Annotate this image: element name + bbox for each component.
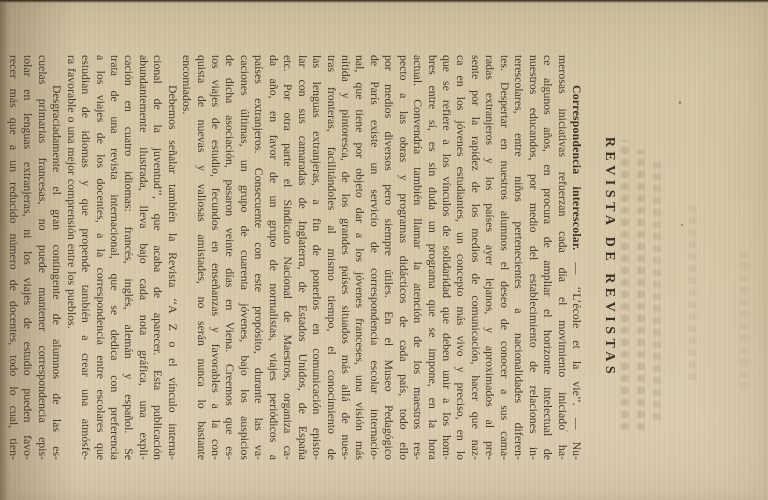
text-line: nítida y pintoresca, de los grandes país… [339, 55, 353, 460]
page-content: REVISTA DE REVISTAS Correspondencia inte… [7, 0, 619, 500]
text-line: tras fronteras, facilitándoles al mismo … [324, 55, 338, 460]
bold-lead-phrase: Correspondencia interescolar. [570, 85, 584, 250]
gutter-shadow [0, 0, 768, 3]
show-through-ghost [621, 140, 629, 430]
text-line: nal, que tiene por objeto dar a los jóve… [353, 55, 367, 460]
text-line: tos viajes de estudio, fecundos en enseñ… [209, 55, 223, 460]
text-line: abundantemente ilustrada, lleva bajo cad… [136, 55, 150, 460]
text-line: de París existe un servicio de correspon… [367, 55, 381, 460]
text-line: estudian de idiomas y que propende tambi… [79, 55, 93, 460]
text-line: merosas iniciativas refuerzan cada día e… [555, 55, 569, 460]
text-line: nuestros educandos, por medio del establ… [526, 55, 540, 460]
text-line: radas extranjeros y los países ayer leja… [483, 55, 497, 460]
text-line: países extranjeros. Consecuente con este… [252, 55, 266, 460]
show-through-ghost [689, 200, 697, 380]
text-line: ce algunos años, en procura de ampliar e… [541, 55, 555, 460]
text-line: a los viajes de los docentes, a la corre… [93, 55, 107, 460]
text-line: Debemos señalar también la Revista ‘‘A Z… [165, 55, 179, 460]
text-line: sente por la rapidez de los medios de co… [469, 55, 483, 460]
show-through-ghost [653, 162, 661, 420]
text-line: ra favorable o una mejor comprensión ent… [64, 55, 78, 460]
text-line: Correspondencia interescolar. — ‘‘L’écol… [570, 55, 584, 460]
text-line: pecto a las obras y programas didácticos… [396, 55, 410, 460]
text-line: trata de una revista internacional, que … [108, 55, 122, 460]
section-heading: REVISTA DE REVISTAS [600, 55, 618, 460]
text-line: las lenguas extranjeras, a fin de ponerl… [310, 55, 324, 460]
text-line: que se refiere a los vínculos de solidar… [440, 55, 454, 460]
text-line: terescolares, entre niños pertenecientes… [512, 55, 526, 460]
text-line: ca en los jóvenes estudiantes, un concep… [454, 55, 468, 460]
text-line: Desgraciadamente el gran contingente de … [50, 55, 64, 460]
text-line: encomiados. [180, 55, 194, 460]
text-line: etc. Por otra parte el Sindicato Naciona… [281, 55, 295, 460]
text-line: tes. Despertar en nuestros alumnos el de… [497, 55, 511, 460]
text-line: cional de la juventud’’, que acaba de ap… [151, 55, 165, 460]
text-line: tolar en lenguas extranjeras, ni los via… [21, 55, 35, 460]
text-line: lar con sus camaradas de Inglaterra, de … [295, 55, 309, 460]
text-line: da año, en favor de un grupo de normalis… [266, 55, 280, 460]
show-through-ghost [740, 250, 748, 390]
ink-speck [679, 101, 681, 104]
page-edge-shadow [0, 0, 9, 500]
text-line: actual. Convendría también llamar la ate… [411, 55, 425, 460]
scanned-page-photo: REVISTA DE REVISTAS Correspondencia inte… [0, 0, 768, 500]
book-page: REVISTA DE REVISTAS Correspondencia inte… [0, 0, 768, 500]
text-line: cuelas primarias francesas, no puede man… [35, 55, 49, 460]
text-line: quista de nuevas y valiosas amistades, n… [194, 55, 208, 460]
text-line: cación en cuatro idiomas: francés, inglé… [122, 55, 136, 460]
text-line: de dicha asociación, pasaron veinte días… [223, 55, 237, 460]
article-text: Correspondencia interescolar. — ‘‘L’écol… [7, 55, 585, 460]
text-line: por medios diversos pero siempre útiles.… [382, 55, 396, 460]
ink-speck [681, 224, 683, 226]
show-through-ghost [637, 150, 645, 430]
text-line: caciones últimas, un grupo de cuarenta j… [238, 55, 252, 460]
text-line: bres entre sí, es sin duda un programa q… [425, 55, 439, 460]
